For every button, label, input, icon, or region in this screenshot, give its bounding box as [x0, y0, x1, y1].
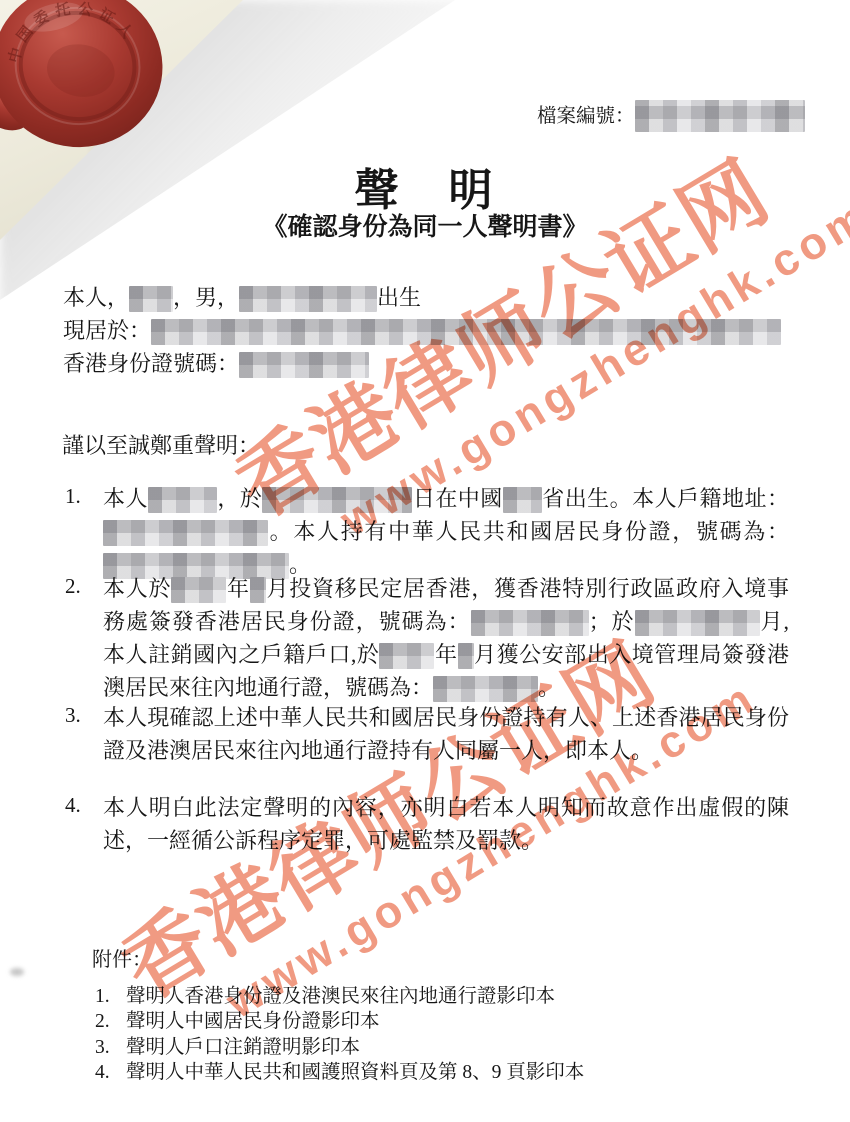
item-number: 4. — [95, 1060, 126, 1085]
item-number: 3. — [65, 703, 103, 728]
intro-line: 香港身份證號碼： — [63, 347, 798, 380]
item-number: 3. — [95, 1035, 126, 1060]
attachment-text: 聲明人戶口注銷證明影印本 — [126, 1037, 360, 1058]
paper-speck — [10, 968, 24, 976]
text-segment: 年 — [434, 642, 457, 667]
text-segment: 出生 — [377, 285, 421, 310]
text-segment: 省出生。本人戶籍地址： — [542, 486, 789, 511]
redacted-blur — [151, 319, 781, 345]
file-number-label: 檔案編號： — [537, 106, 635, 127]
text-segment: 香港身份證號碼： — [63, 351, 239, 376]
attachment-item: 4.聲明人中華人民共和國護照資料頁及第 8、9 頁影印本 — [95, 1060, 584, 1085]
redacted-blur — [148, 487, 217, 513]
text-segment: 本人於 — [103, 576, 171, 601]
redacted-blur — [250, 577, 266, 603]
item-number: 1. — [65, 484, 103, 509]
attachment-text: 聲明人中國居民身份證影印本 — [126, 1011, 380, 1032]
item-number: 2. — [65, 574, 103, 599]
attachment-text: 聲明人香港身份證及港澳民來往內地通行證影印本 — [126, 986, 555, 1007]
attachment-item: 3.聲明人戶口注銷證明影印本 — [95, 1035, 584, 1060]
redacted-blur — [129, 286, 173, 312]
declarant-intro: 本人，，男，出生現居於：香港身份證號碼： — [63, 281, 798, 380]
declaration-item: 4.本人明白此法定聲明的內容，亦明白若本人明知而故意作出虛假的陳述，一經循公訴程… — [65, 791, 789, 857]
text-segment: 。本人持有中華人民共和國居民身份證，號碼為： — [268, 519, 789, 544]
text-segment: 本人 — [103, 486, 148, 511]
redacted-blur — [379, 643, 434, 669]
item-number: 4. — [65, 793, 103, 818]
attachments-list: 1.聲明人香港身份證及港澳民來往內地通行證影印本2.聲明人中國居民身份證影印本3… — [95, 984, 584, 1086]
intro-line: 本人，，男，出生 — [63, 281, 798, 314]
item-text: 本人明白此法定聲明的內容，亦明白若本人明知而故意作出虛假的陳述，一經循公訴程序定… — [103, 791, 789, 857]
redacted-blur — [635, 610, 760, 636]
redacted-blur — [239, 352, 369, 378]
item-text: 本人，於日在中國省出生。本人戶籍地址：。本人持有中華人民共和國居民身份證，號碼為… — [103, 482, 789, 581]
intro-line: 現居於： — [63, 314, 798, 347]
document-subtitle: 《確認身份為同一人聲明書》 — [0, 207, 850, 243]
text-segment: ，男， — [173, 285, 239, 310]
redacted-blur — [239, 286, 377, 312]
redacted-blur — [471, 610, 589, 636]
text-segment: 現居於： — [63, 318, 151, 343]
text-segment: 本人， — [63, 285, 129, 310]
item-text: 本人於年月投資移民定居香港，獲香港特別行政區政府入境事務處簽發香港居民身份證，號… — [103, 572, 789, 704]
declaration-item: 2.本人於年月投資移民定居香港，獲香港特別行政區政府入境事務處簽發香港居民身份證… — [65, 572, 789, 704]
attachments-heading: 附件： — [92, 943, 152, 972]
redacted-file-number — [635, 100, 805, 132]
text-segment: 本人明白此法定聲明的內容，亦明白若本人明知而故意作出虛假的陳述，一經循公訴程序定… — [103, 795, 789, 853]
redacted-blur — [103, 520, 268, 546]
redacted-blur — [503, 487, 542, 513]
item-number: 2. — [95, 1009, 126, 1034]
item-text: 本人現確認上述中華人民共和國居民身份證持有人、上述香港居民身份證及港澳居民來往內… — [103, 701, 789, 767]
text-segment: ，於 — [217, 486, 262, 511]
file-number-line: 檔案編號： — [537, 100, 805, 132]
item-number: 1. — [95, 984, 126, 1009]
text-segment: 日在中國 — [412, 486, 502, 511]
text-segment: 年 — [226, 576, 250, 601]
redacted-blur — [171, 577, 226, 603]
declaration-heading: 謹以至誠鄭重聲明： — [62, 429, 260, 460]
text-segment: 本人現確認上述中華人民共和國居民身份證持有人、上述香港居民身份證及港澳居民來往內… — [103, 705, 789, 763]
declaration-item: 1.本人，於日在中國省出生。本人戶籍地址：。本人持有中華人民共和國居民身份證，號… — [65, 482, 789, 581]
redacted-blur — [433, 676, 538, 702]
redacted-blur — [262, 487, 412, 513]
attachment-item: 1.聲明人香港身份證及港澳民來往內地通行證影印本 — [95, 984, 584, 1009]
text-segment: ；於 — [589, 609, 635, 634]
declaration-item: 3.本人現確認上述中華人民共和國居民身份證持有人、上述香港居民身份證及港澳居民來… — [65, 701, 789, 767]
text-segment: 。 — [538, 675, 560, 700]
redacted-blur — [458, 643, 474, 669]
attachment-text: 聲明人中華人民共和國護照資料頁及第 8、9 頁影印本 — [126, 1062, 584, 1083]
attachment-item: 2.聲明人中國居民身份證影印本 — [95, 1009, 584, 1034]
declaration-document-photo: { "header": { "file_label": "檔案編號：", "fi… — [0, 0, 850, 1122]
